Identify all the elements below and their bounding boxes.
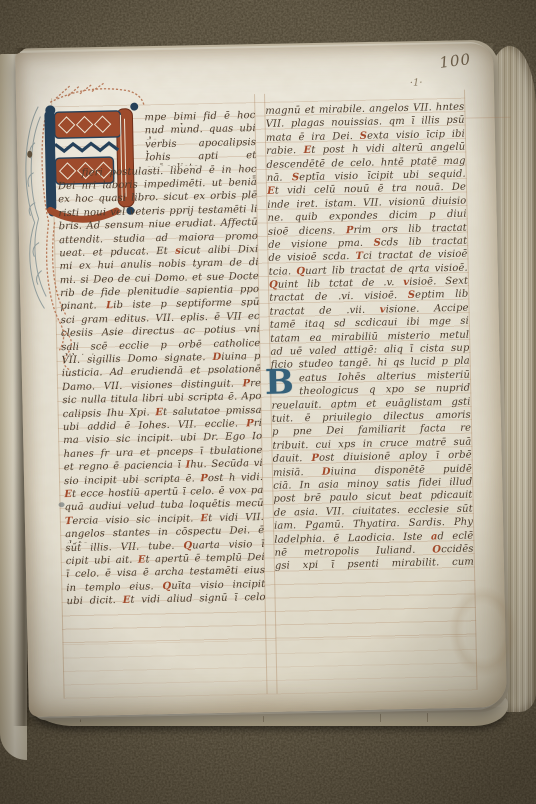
folio-number: 100 (438, 47, 492, 71)
text-column-right: magnū et mirabile. angelos VII. hntesVII… (265, 102, 474, 575)
quire-mark: ·1· (410, 78, 423, 89)
manuscript-photo: 100 ·1· (0, 0, 536, 804)
manuscript-page: 100 ·1· (15, 43, 507, 717)
horizontal-ruling-faint (62, 636, 477, 701)
text-column-left: mpe bimi fid ē hoc sermednud mund. quas … (56, 110, 265, 610)
